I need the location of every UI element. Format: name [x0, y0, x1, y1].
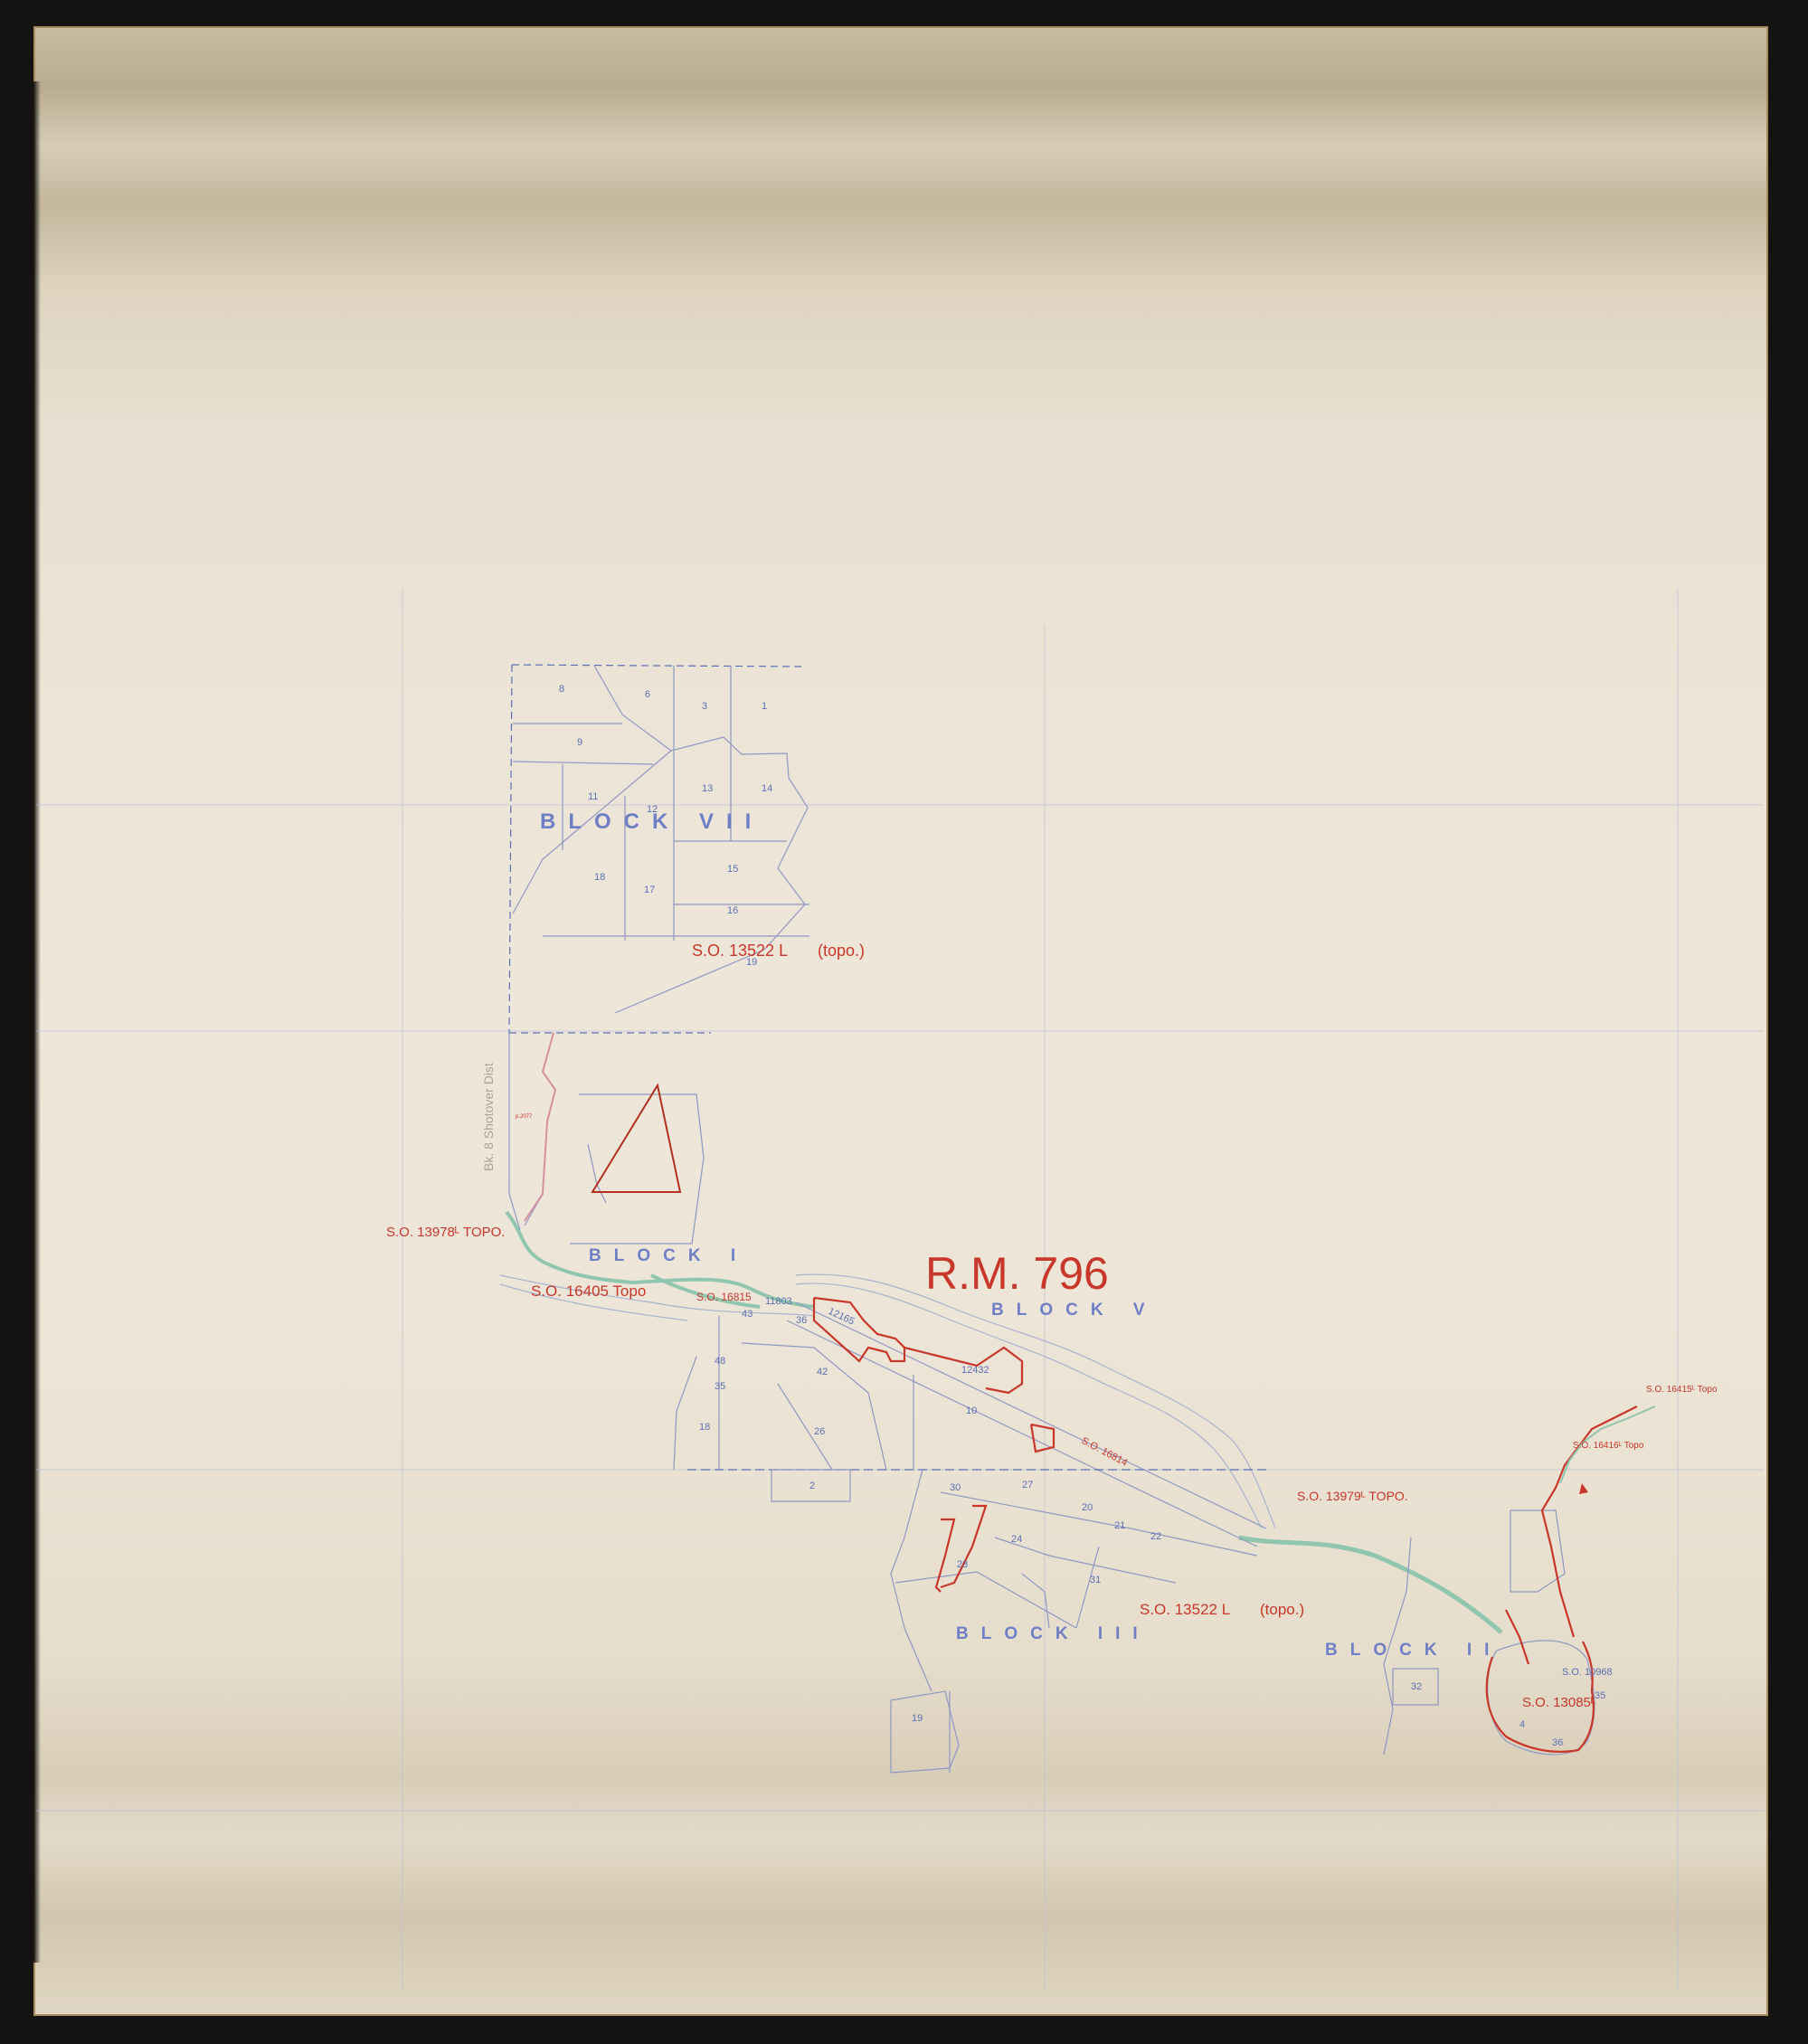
svg-text:27: 27	[1022, 1480, 1033, 1490]
plan-ref-so10968: S.O. 10968	[1562, 1667, 1613, 1678]
block-ii-parcels[interactable]	[1384, 1510, 1595, 1755]
svg-text:13: 13	[702, 783, 713, 794]
svg-text:6: 6	[645, 689, 650, 700]
svg-text:30: 30	[950, 1482, 961, 1493]
svg-text:35: 35	[1595, 1690, 1605, 1701]
block-i-pink-boundary	[525, 1033, 555, 1221]
svg-text:19: 19	[746, 957, 757, 968]
block-v-label: BLOCK V	[991, 1301, 1158, 1320]
svg-text:43: 43	[742, 1309, 753, 1320]
so-13522l-bot-suffix: (topo.)	[1260, 1601, 1304, 1618]
svg-text:15: 15	[727, 864, 738, 875]
svg-text:10: 10	[966, 1405, 977, 1416]
svg-text:1: 1	[762, 701, 767, 712]
block-i-label: BLOCK I	[589, 1246, 748, 1265]
svg-text:20: 20	[1082, 1502, 1093, 1513]
svg-text:16: 16	[727, 905, 738, 916]
svg-text:3: 3	[702, 701, 707, 712]
svg-text:26: 26	[814, 1426, 825, 1437]
svg-text:23: 23	[957, 1559, 968, 1570]
so-13085l-label: S.O. 13085ᴸ	[1522, 1695, 1595, 1710]
svg-text:18: 18	[594, 872, 605, 883]
svg-text:19: 19	[912, 1713, 923, 1724]
svg-text:35: 35	[715, 1381, 725, 1392]
so-13522l-top-label: S.O. 13522 L	[692, 942, 788, 960]
svg-text:22: 22	[1150, 1531, 1161, 1542]
svg-text:14: 14	[762, 783, 772, 794]
plan-ref-p2077: p.2077	[516, 1114, 533, 1120]
so-16405-label: S.O. 16405 Topo	[531, 1282, 646, 1300]
lower-lot-numbers: 43 48 36 42 35 18 26 10 2 30 27 20 21 22…	[699, 1309, 1605, 1748]
svg-text:8: 8	[559, 684, 564, 695]
svg-text:2: 2	[809, 1481, 815, 1491]
svg-text:12: 12	[647, 804, 658, 815]
svg-text:32: 32	[1411, 1681, 1422, 1692]
so-13522l-bot-label: S.O. 13522 L	[1140, 1601, 1230, 1618]
so-16415l-label: S.O. 16415ᴸ Topo	[1646, 1385, 1718, 1395]
svg-text:9: 9	[577, 737, 582, 748]
svg-text:36: 36	[796, 1315, 807, 1326]
svg-text:17: 17	[644, 885, 655, 895]
so-13979l-label: S.O. 13979ᴸ TOPO.	[1297, 1489, 1408, 1503]
svg-text:24: 24	[1011, 1534, 1022, 1545]
svg-text:31: 31	[1090, 1575, 1101, 1585]
svg-text:48: 48	[715, 1356, 725, 1367]
plan-ref-12432: 12432	[961, 1365, 989, 1376]
svg-text:4: 4	[1519, 1719, 1525, 1730]
plan-ref-11803: 11803	[765, 1296, 792, 1307]
so-16814-label: S.O. 16814	[1080, 1435, 1130, 1469]
block-vii-parcels[interactable]	[509, 665, 809, 1033]
block-i-parcels[interactable]	[509, 1033, 704, 1244]
district-note: Bk. 8 Shotover Dist	[481, 1063, 496, 1171]
svg-text:18: 18	[699, 1422, 710, 1433]
svg-text:42: 42	[817, 1367, 828, 1377]
so-16815-label: S.O. 16815	[696, 1291, 752, 1303]
block-ii-label: BLOCK II	[1325, 1641, 1501, 1660]
svg-text:11: 11	[588, 791, 598, 802]
svg-text:21: 21	[1114, 1520, 1125, 1531]
map-title: R.M. 796	[925, 1248, 1109, 1299]
survey-map[interactable]: BLOCK VII BLOCK I BLOCK V BLOCK III BLOC…	[0, 0, 1808, 2044]
so-13978l-label: S.O. 13978ᴸ TOPO.	[386, 1225, 505, 1240]
block-v-red-outlines[interactable]	[814, 1298, 1054, 1592]
block-i-red-triangle[interactable]	[592, 1085, 680, 1192]
block-iii-label: BLOCK III	[956, 1624, 1150, 1643]
red-flag-marker	[1579, 1483, 1588, 1494]
svg-text:36: 36	[1552, 1737, 1563, 1748]
so-13522l-top-suffix: (topo.)	[818, 942, 865, 960]
so-16416l-label: S.O. 16416ᴸ Topo	[1573, 1441, 1644, 1451]
